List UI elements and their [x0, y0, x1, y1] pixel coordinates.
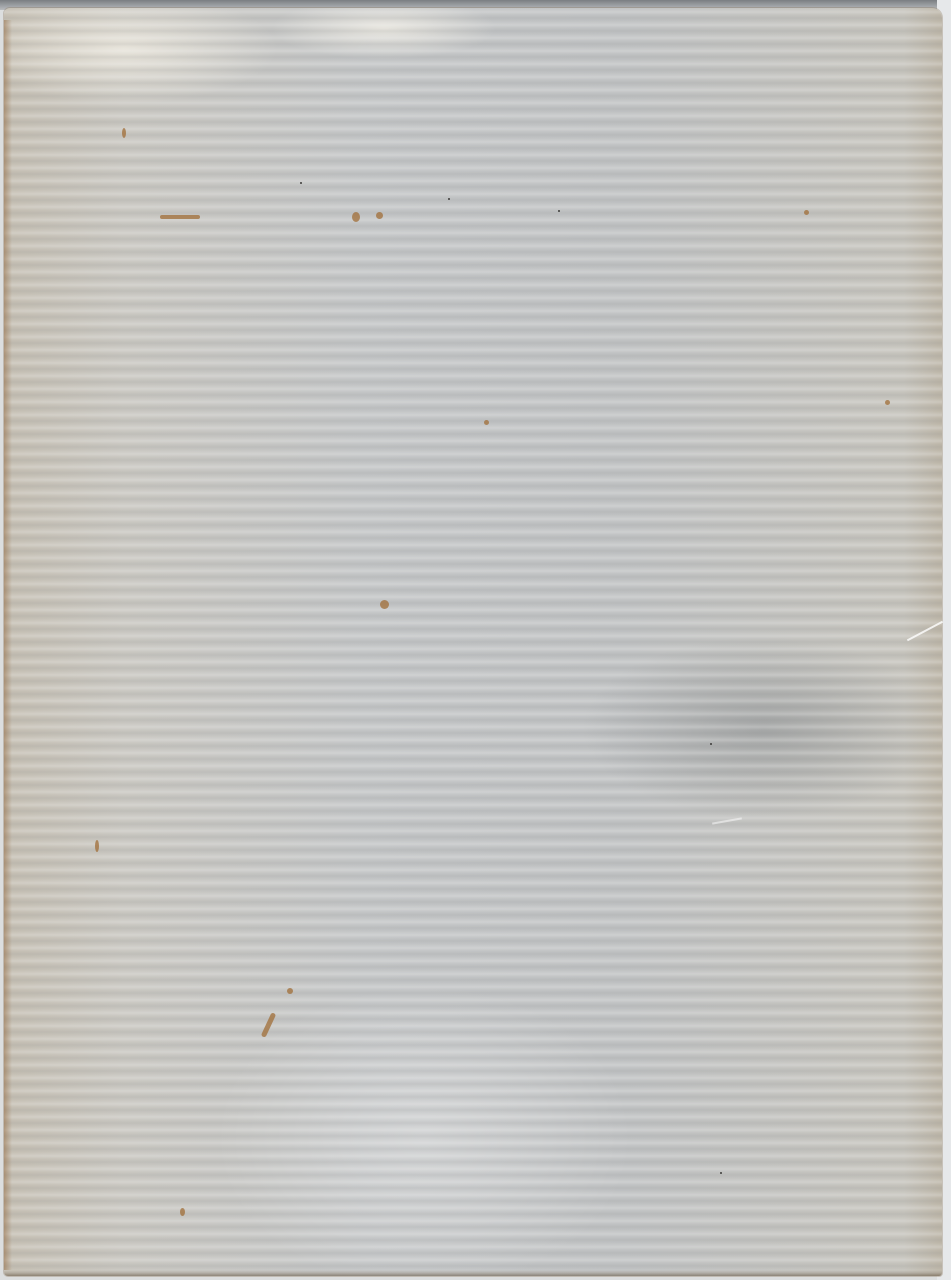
- paper-speck: [710, 743, 712, 745]
- paper-speck: [720, 1172, 722, 1174]
- foxing-spot: [352, 212, 360, 222]
- paper-sheet: [4, 8, 942, 1276]
- paper-left-edge-stain: [4, 20, 12, 1270]
- foxing-spot: [885, 400, 890, 405]
- foxing-spot: [95, 840, 99, 852]
- foxing-spot: [287, 988, 293, 994]
- foxing-spot: [160, 215, 200, 219]
- paper-speck: [300, 182, 302, 184]
- paper-speck: [448, 198, 450, 200]
- foxing-spot: [380, 600, 389, 609]
- foxing-spot: [484, 420, 489, 425]
- foxing-spot: [122, 128, 126, 138]
- paper-speck: [558, 210, 560, 212]
- foxing-spot: [180, 1208, 185, 1216]
- foxing-spot: [376, 212, 383, 219]
- foxing-spot: [804, 210, 809, 215]
